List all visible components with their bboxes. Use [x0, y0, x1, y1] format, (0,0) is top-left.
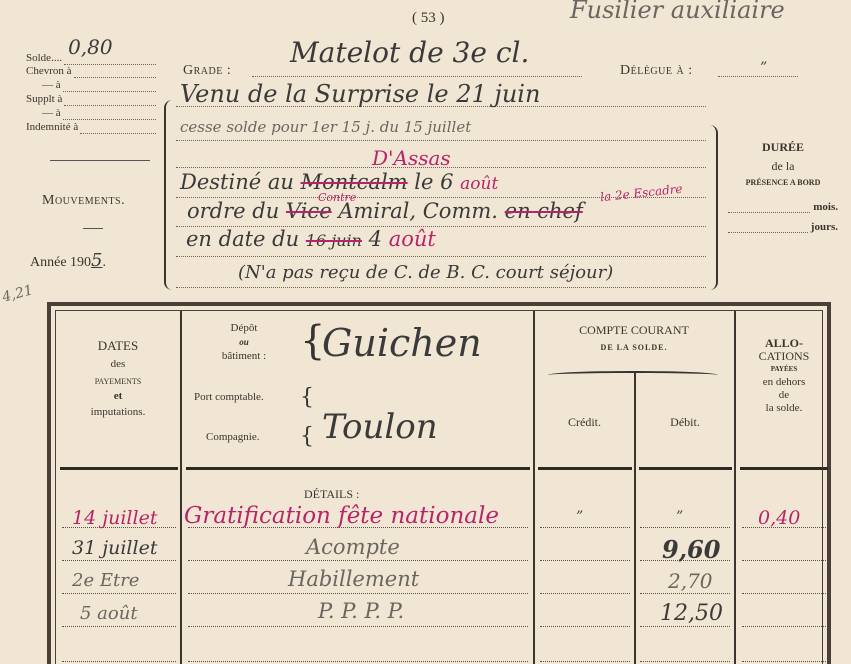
- movement-text-2: cesse solde pour 1er 15 j. du 15 juillet: [180, 118, 471, 136]
- grade-value: Matelot de 3e cl.: [290, 36, 529, 69]
- duree-line2: de la: [728, 159, 838, 174]
- compagnie-label: Compagnie.: [206, 431, 259, 443]
- supplt-label: Supplt à: [26, 93, 62, 106]
- movement-4-red-note: la 2e Escadre: [599, 182, 683, 205]
- solde-value: 0,80: [68, 41, 113, 54]
- annee-row: Année 1905.: [30, 250, 106, 271]
- row-1-debit: ”: [676, 509, 683, 525]
- debit-header: Débit.: [636, 415, 734, 429]
- movement-line: [176, 287, 706, 288]
- brace-rule: [548, 371, 718, 379]
- duree-block: DURÉE de la PRÉSENCE A BORD mois. jours.: [728, 140, 838, 233]
- movement-3-correction: D'Assas: [372, 146, 451, 170]
- header-rule: [639, 467, 732, 470]
- solde-label: Solde: [26, 52, 51, 65]
- row-4-detail: P. P. P. P.: [318, 599, 404, 623]
- delegue-value: ”: [760, 60, 767, 76]
- brace: {: [300, 385, 314, 410]
- credit-header: Crédit.: [535, 415, 634, 429]
- row-3-date: 2e Etre: [72, 570, 139, 591]
- chevron-label: Chevron à: [26, 65, 72, 78]
- supplt-a-label: — à: [26, 107, 61, 120]
- row-2-detail: Acompte: [306, 535, 400, 559]
- indemnite-row: Indemnité à: [26, 121, 156, 134]
- header-rule: [740, 467, 828, 470]
- chevron-a-label: — à: [26, 79, 61, 92]
- chevron-row: Chevron à: [26, 65, 156, 78]
- top-right-annotation: Fusilier auxiliaire: [570, 0, 785, 24]
- movement-text-4: ordre du Vice Amiral, Comm. en chef: [187, 199, 583, 223]
- solde-row: Solde.... 0,80: [26, 52, 156, 65]
- row-1-detail: Gratification fête nationale: [184, 503, 499, 529]
- margin-annotation: 4,21: [0, 282, 34, 306]
- column-divider: [533, 311, 535, 664]
- duree-bracket: [708, 125, 718, 290]
- row-1-date: 14 juillet: [72, 507, 157, 529]
- row-3-debit: 2,70: [668, 569, 713, 593]
- annee-label: Année 190: [30, 255, 91, 270]
- row-2-debit: 9,60: [662, 535, 720, 564]
- row-1-credit: ”: [576, 509, 583, 525]
- supplt-row: Supplt à: [26, 93, 156, 106]
- duree-jours: jours.: [811, 221, 838, 233]
- duree-mois: mois.: [813, 201, 838, 213]
- dates-header: DATES des PAYEMENTS et imputations.: [56, 339, 180, 419]
- row-2-date: 31 juillet: [72, 537, 157, 559]
- duree-line3: PRÉSENCE A BORD: [728, 178, 838, 187]
- duree-title: DURÉE: [728, 140, 838, 155]
- delegue-label: Délègue à :: [620, 63, 693, 79]
- divider: [50, 160, 150, 162]
- row-1-allocation: 0,40: [758, 507, 800, 529]
- header-rule: [538, 467, 632, 470]
- movement-line: [176, 140, 706, 141]
- depot-label: Dépôt ou bâtiment :: [184, 321, 304, 363]
- depot-value: Guichen: [322, 321, 482, 365]
- chevron-a-row: — à: [26, 79, 156, 92]
- indemnite-label: Indemnité à: [26, 121, 78, 134]
- row-4-date: 5 août: [80, 603, 138, 624]
- row-3-detail: Habillement: [288, 567, 419, 591]
- page-number: ( 53 ): [412, 10, 445, 27]
- movement-line: [176, 256, 706, 257]
- movement-text-6: (N'a pas reçu de C. de B. C. court séjou…: [238, 262, 613, 283]
- row-4-debit: 12,50: [660, 601, 723, 626]
- brace: {: [300, 424, 314, 449]
- allocations-header: ALLO- CATIONS PAYÉES en dehors de la sol…: [736, 337, 832, 415]
- movements-bracket: [164, 100, 174, 290]
- details-label: DÉTAILS :: [304, 487, 359, 502]
- header-rule: [60, 467, 178, 470]
- compagnie-value: Toulon: [322, 407, 438, 447]
- supplt-a-row: — à: [26, 107, 156, 120]
- column-divider: [180, 311, 182, 664]
- annee-value: 5: [91, 250, 102, 271]
- compte-courant-header: COMPTE COURANT DE LA SOLDE.: [535, 323, 733, 355]
- header-rule: [186, 467, 530, 470]
- port-label: Port comptable.: [194, 391, 264, 403]
- mouvements-label: Mouvements.: [42, 193, 125, 209]
- grade-line: [252, 76, 582, 77]
- divider: [83, 228, 103, 229]
- pay-table: DATES des PAYEMENTS et imputations. Dépô…: [47, 302, 831, 664]
- delegue-line: [718, 76, 798, 77]
- movement-text-5: en date du 16 juin 4 août: [186, 227, 436, 251]
- movement-text-1: Venu de la Surprise le 21 juin: [180, 80, 540, 108]
- grade-label: Grade :: [183, 63, 231, 79]
